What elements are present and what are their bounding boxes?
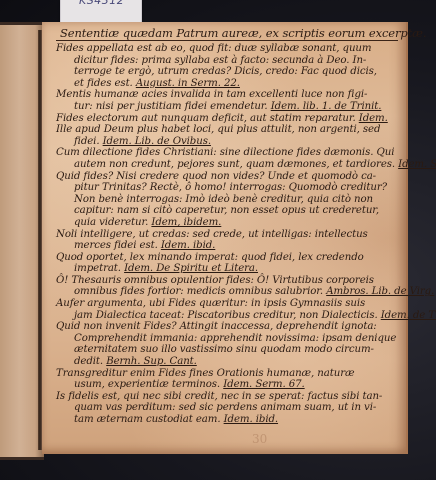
quote-line: quam vas perditum: sed sic perdens anima… [56, 402, 398, 414]
citation: Bernh. Sup. Cant. [106, 356, 197, 367]
quote-entry: Fides electorum aut nunquam deficit, aut… [56, 113, 398, 125]
quote-text: usum, experientiæ terminos. [74, 379, 220, 390]
citation: Idem. ibid. [224, 414, 278, 425]
quote-text: impetrat. [74, 263, 121, 274]
quote-line: autem non credunt, pejores sunt, quam dæ… [56, 159, 398, 171]
citation: Idem. Serm. 10. de Charitate. [398, 159, 436, 170]
quote-text: autem non credunt, pejores sunt, quam dæ… [74, 159, 395, 170]
quote-line: fidei. Idem. Lib. de Ovibus. [56, 136, 398, 148]
quote-text: tur: nisi per justitiam fidei emendetur. [74, 101, 268, 112]
quote-text: tam æternam custodiat eam. [74, 414, 220, 425]
quote-entry: Quid fides? Nisi credere quod non vides?… [56, 171, 398, 229]
quote-line: merces fidei est. Idem. ibid. [56, 240, 398, 252]
quote-entry: Ô! Thesauris omnibus opulentior fides: Ô… [56, 275, 398, 298]
quote-line: Noli intelligere, ut credas: sed crede, … [56, 229, 398, 241]
quote-line: dedit. Bernh. Sup. Cant. [56, 356, 398, 368]
quote-line: impetrat. Idem. De Spiritu et Litera. [56, 263, 398, 275]
quote-line: Non benè interrogas: Imò ideò benè credi… [56, 194, 398, 206]
quote-line: Ô! Thesauris omnibus opulentior fides: Ô… [56, 275, 398, 287]
quote-line: Aufer argumenta, ubi Fides quæritur: in … [56, 298, 398, 310]
citation: Idem. [359, 113, 388, 124]
quote-text: merces fidei est. [74, 240, 158, 251]
manuscript-page: Sententiæ quædam Patrum aureæ, ex script… [42, 22, 408, 454]
quote-entry: Quod oportet, lex minando imperat: quod … [56, 252, 398, 275]
quote-entry: Cum dilectione fides Christiani: sine di… [56, 147, 398, 170]
quote-line: æternitatem suo illo vastissimo sinu quo… [56, 344, 398, 356]
quote-line: Fides appellata est ab eo, quod fit: duæ… [56, 43, 398, 55]
quote-entry: Is fidelis est, qui nec sibi credit, nec… [56, 391, 398, 426]
quote-line: usum, experientiæ terminos. Idem. Serm. … [56, 379, 398, 391]
quote-line: tam æternam custodiat eam. Idem. ibid. [56, 414, 398, 426]
quote-line: Quod oportet, lex minando imperat: quod … [56, 252, 398, 264]
citation: Idem. de Trinitate. [381, 310, 436, 321]
quote-line: Mentis humanæ acies invalida in tam exce… [56, 89, 398, 101]
quote-text: quia videretur. [74, 217, 148, 228]
quote-entry: Fides appellata est ab eo, quod fit: duæ… [56, 43, 398, 89]
quote-line: Comprehendit immania: apprehendit noviss… [56, 333, 398, 345]
page-title: Sententiæ quædam Patrum aureæ, ex script… [56, 26, 398, 41]
quote-text: jam Dialectica taceat: Piscatoribus cred… [74, 310, 378, 321]
quote-line: Cum dilectione fides Christiani: sine di… [56, 147, 398, 159]
faint-page-number: 30 [252, 432, 267, 446]
quote-text: omnibus fides fortior: medicis omnibus s… [74, 286, 323, 297]
quote-text: fidei. [74, 136, 99, 147]
quote-line: Is fidelis est, qui nec sibi credit, nec… [56, 391, 398, 403]
quote-line: pitur Trinitas? Rectè, ô homo! interroga… [56, 182, 398, 194]
quote-line: jam Dialectica taceat: Piscatoribus cred… [56, 310, 398, 322]
quote-line: quia videretur. Idem, ibidem. [56, 217, 398, 229]
citation: Idem. De Spiritu et Litera. [124, 263, 258, 274]
quote-line: et fides est. August. in Serm. 22. [56, 78, 398, 90]
quote-line: Quid fides? Nisi credere quod non vides?… [56, 171, 398, 183]
citation: Ambros. Lib. de Virg. [326, 286, 434, 297]
citation: August. in Serm. 22. [136, 78, 240, 89]
quote-line: Quid non invenit Fides? Attingit inacces… [56, 321, 398, 333]
quote-entry: Ille apud Deum plus habet loci, qui plus… [56, 124, 398, 147]
quote-entry: Noli intelligere, ut credas: sed crede, … [56, 229, 398, 252]
citation: Idem. lib. 1. de Trinit. [271, 101, 382, 112]
quote-line: Transgreditur enim Fides fines Orationis… [56, 368, 398, 380]
quote-entry: Transgreditur enim Fides fines Orationis… [56, 368, 398, 391]
citation: Idem. Serm. 67. [223, 379, 304, 390]
quote-entry: Quid non invenit Fides? Attingit inacces… [56, 321, 398, 367]
quote-text: et fides est. [74, 78, 133, 89]
citation: Idem. Lib. de Ovibus. [103, 136, 211, 147]
quote-line: Fides electorum aut nunquam deficit, aut… [56, 113, 398, 125]
manuscript-text: Sententiæ quædam Patrum aureæ, ex script… [56, 26, 398, 426]
quote-entry: Mentis humanæ acies invalida in tam exce… [56, 89, 398, 112]
quote-text: Fides electorum aut nunquam deficit, aut… [56, 113, 356, 124]
quote-line: Ille apud Deum plus habet loci, qui plus… [56, 124, 398, 136]
quote-line: omnibus fides fortior: medicis omnibus s… [56, 286, 398, 298]
citation: Idem. ibid. [161, 240, 215, 251]
quote-line: tur: nisi per justitiam fidei emendetur.… [56, 101, 398, 113]
quote-line: dicitur fides: prima syllaba est à facto… [56, 55, 398, 67]
quote-line: terroge te ergò, utrum credas? Dicis, cr… [56, 66, 398, 78]
quote-entry: Aufer argumenta, ubi Fides quæritur: in … [56, 298, 398, 321]
entries-list: Fides appellata est ab eo, quod fit: duæ… [56, 43, 398, 426]
catalog-label-text: KS4312 [79, 0, 124, 7]
quote-text: dedit. [74, 356, 103, 367]
citation: Idem, ibidem. [151, 217, 221, 228]
quote-line: capitur: nam si citò caperetur, non esse… [56, 205, 398, 217]
